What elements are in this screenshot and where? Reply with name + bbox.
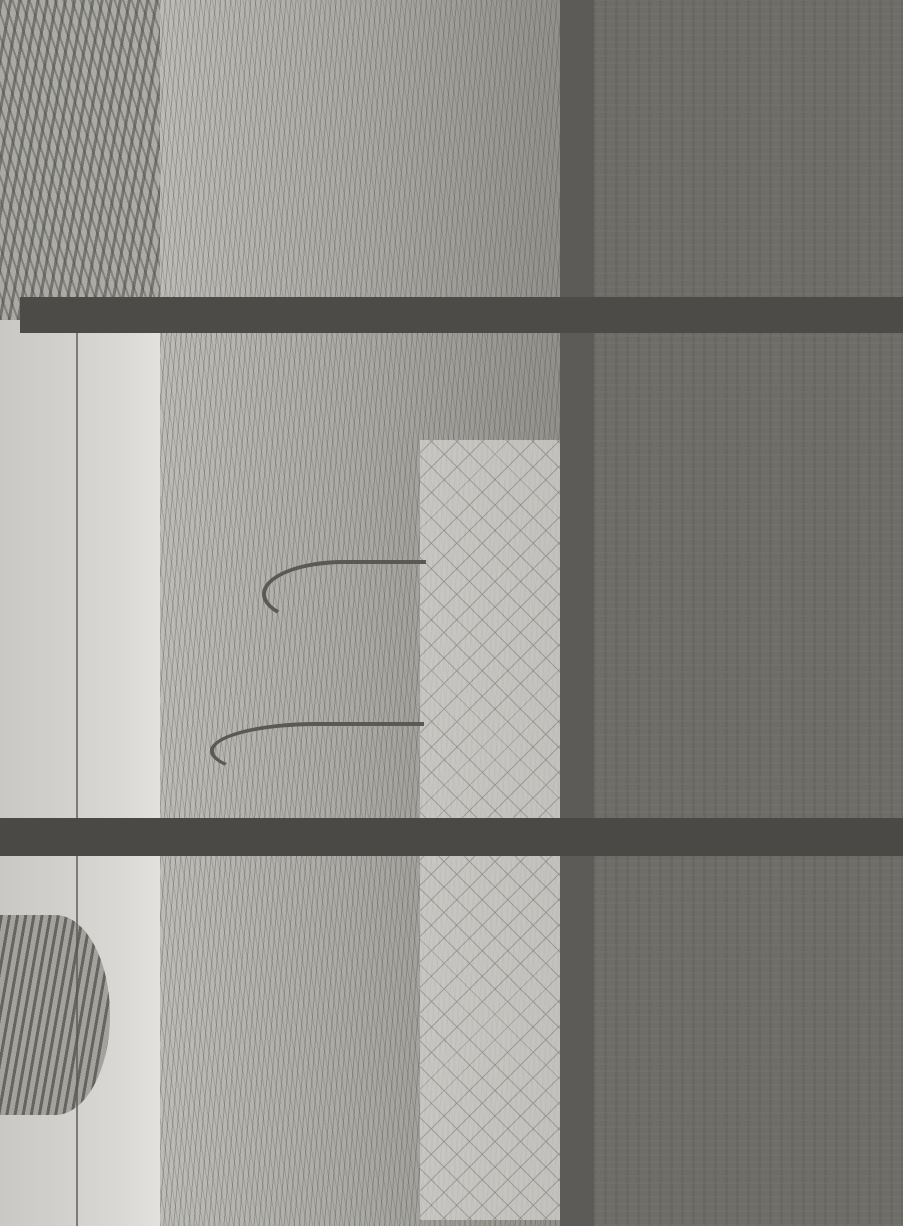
hoop-frame [262, 560, 426, 628]
pole [0, 818, 903, 856]
fence-base [560, 0, 594, 1226]
photograph [0, 0, 903, 1226]
hoop-frame [210, 722, 424, 780]
pole [20, 297, 903, 333]
wire [76, 330, 78, 1226]
trees-bottom [0, 915, 110, 1115]
grass-field [560, 0, 903, 1226]
